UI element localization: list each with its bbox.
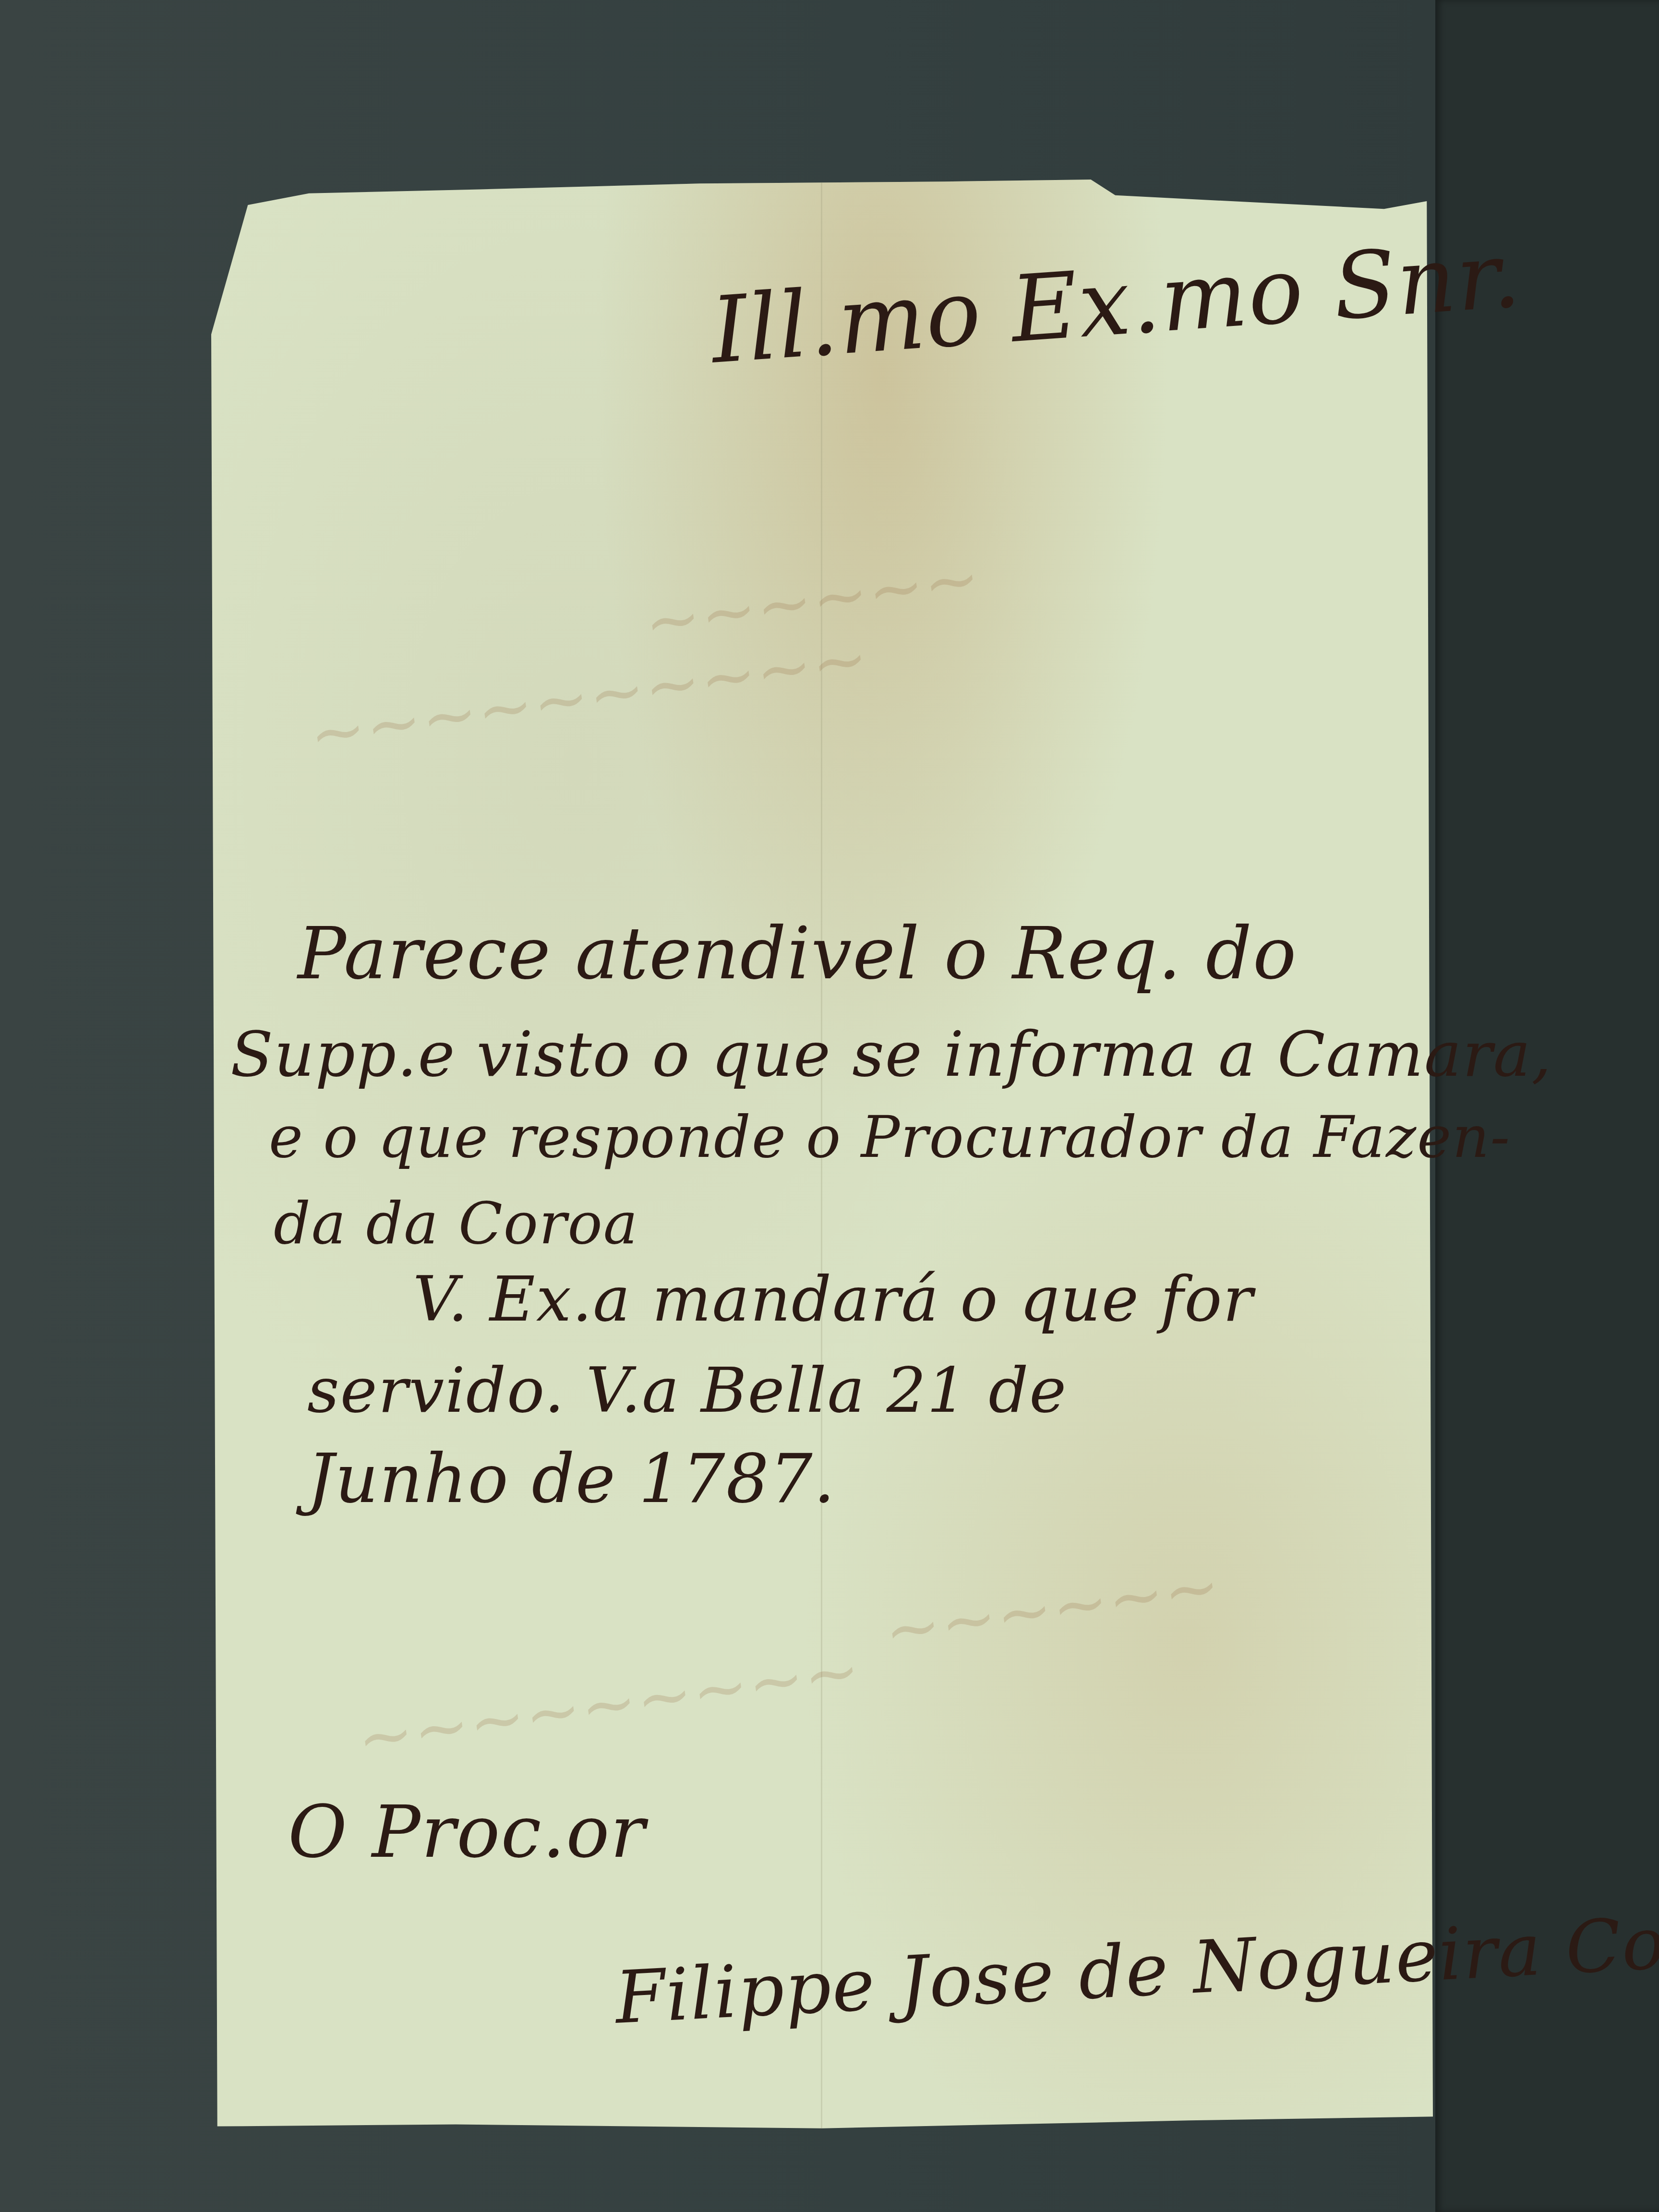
closing-title: O Proc.or [288,1791,646,1874]
bleed-through-text: ~~~~~~ [879,1547,1225,1671]
body-line-5: V. Ex.a mandará o que for [413,1262,1254,1335]
bleed-through-text: ~~~~~~~~~ [352,1631,865,1779]
body-line-2: Supp.e visto o que se informa a Camara, [230,1018,1552,1091]
body-line-6: servido. V.a Bella 21 de [307,1354,1067,1427]
body-line-4: da da Coroa [274,1190,638,1257]
body-line-1: Parece atendivel o Req. do [298,912,1297,996]
body-line-3: e o que responde o Procurador da Fazen- [269,1104,1511,1171]
date-line: Junho de 1787. [307,1440,836,1518]
